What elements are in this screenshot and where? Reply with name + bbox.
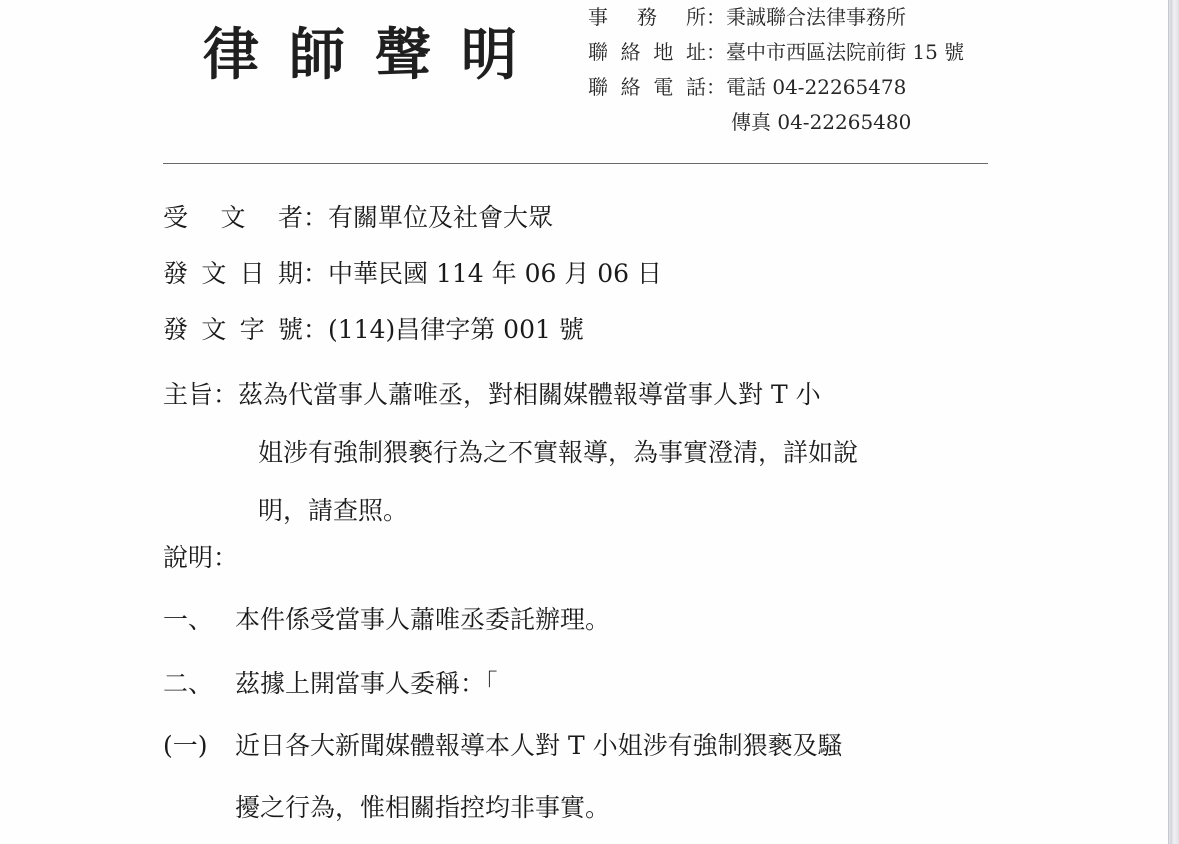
recipient-value: 有關單位及社會大眾 bbox=[328, 200, 553, 236]
explanation-item-2: 二、 茲據上開當事人委稱：「 bbox=[163, 666, 498, 702]
colon: ： bbox=[303, 200, 328, 236]
firm-row: 事 務 所 ： 秉誠聯合法律事務所 bbox=[588, 0, 964, 35]
subject-line-2: 姐涉有強制猥褻行為之不實報導，為事實澄清，詳如說 bbox=[163, 424, 858, 482]
subject-line-3: 明，請查照。 bbox=[163, 482, 858, 540]
colon: ： bbox=[706, 0, 726, 35]
explanation-subitem-1-continued: 擾之行為，惟相關指控均非事實。 bbox=[163, 790, 610, 826]
phone-value: 電話 04-22265478 bbox=[726, 70, 906, 105]
header-divider bbox=[163, 163, 988, 164]
address-value: 臺中市西區法院前街 15 號 bbox=[726, 35, 964, 70]
firm-name: 秉誠聯合法律事務所 bbox=[726, 0, 906, 35]
address-label: 聯絡地址 bbox=[588, 35, 706, 70]
colon: ： bbox=[706, 70, 726, 105]
document-page: 律師聲明 事 務 所 ： 秉誠聯合法律事務所 聯絡地址 ： 臺中市西區法院前街 … bbox=[0, 0, 1179, 844]
item-text: 茲據上開當事人委稱：「 bbox=[235, 666, 498, 702]
date-row: 發文日期 ： 中華民國 114 年 06 月 06 日 bbox=[163, 256, 662, 292]
item-number: (一) bbox=[163, 728, 235, 764]
phone-label: 聯絡電話 bbox=[588, 70, 706, 105]
reference-row: 發文字號 ： (114)昌律字第 001 號 bbox=[163, 312, 584, 348]
item-text: 近日各大新聞媒體報導本人對 T 小姐涉有強制猥褻及騷 bbox=[235, 728, 843, 764]
subject-section: 主旨：茲為代當事人蕭唯丞，對相關媒體報導當事人對 T 小 姐涉有強制猥褻行為之不… bbox=[163, 366, 858, 540]
item-number: 二、 bbox=[163, 666, 235, 702]
subject-label: 主旨： bbox=[163, 380, 238, 409]
colon: ： bbox=[706, 35, 726, 70]
item-text: 本件係受當事人蕭唯丞委託辦理。 bbox=[235, 602, 610, 638]
subject-line-1: 茲為代當事人蕭唯丞，對相關媒體報導當事人對 T 小 bbox=[238, 380, 821, 409]
phone-row: 聯絡電話 ： 電話 04-22265478 bbox=[588, 70, 964, 105]
reference-label: 發文字號 bbox=[163, 312, 303, 348]
explanation-subitem-1: (一) 近日各大新聞媒體報導本人對 T 小姐涉有強制猥褻及騷 bbox=[163, 728, 843, 764]
address-row: 聯絡地址 ： 臺中市西區法院前街 15 號 bbox=[588, 35, 964, 70]
fax-value: 傳真 04-22265480 bbox=[731, 105, 911, 140]
colon: ： bbox=[303, 312, 328, 348]
explanation-label: 說明： bbox=[163, 540, 238, 576]
firm-label: 事 務 所 bbox=[588, 0, 706, 35]
explanation-item-1: 一、 本件係受當事人蕭唯丞委託辦理。 bbox=[163, 602, 610, 638]
item-number: 一、 bbox=[163, 602, 235, 638]
page-edge-shadow bbox=[1168, 0, 1179, 844]
recipient-label: 受 文 者 bbox=[163, 200, 303, 236]
document-title: 律師聲明 bbox=[203, 20, 547, 90]
law-office-info: 事 務 所 ： 秉誠聯合法律事務所 聯絡地址 ： 臺中市西區法院前街 15 號 … bbox=[588, 0, 964, 140]
item-text: 擾之行為，惟相關指控均非事實。 bbox=[235, 790, 610, 826]
colon: ： bbox=[303, 256, 328, 292]
fax-row: 傳真 04-22265480 bbox=[588, 105, 964, 140]
recipient-row: 受 文 者 ： 有關單位及社會大眾 bbox=[163, 200, 553, 236]
reference-value: (114)昌律字第 001 號 bbox=[328, 312, 584, 348]
date-label: 發文日期 bbox=[163, 256, 303, 292]
date-value: 中華民國 114 年 06 月 06 日 bbox=[328, 256, 662, 292]
